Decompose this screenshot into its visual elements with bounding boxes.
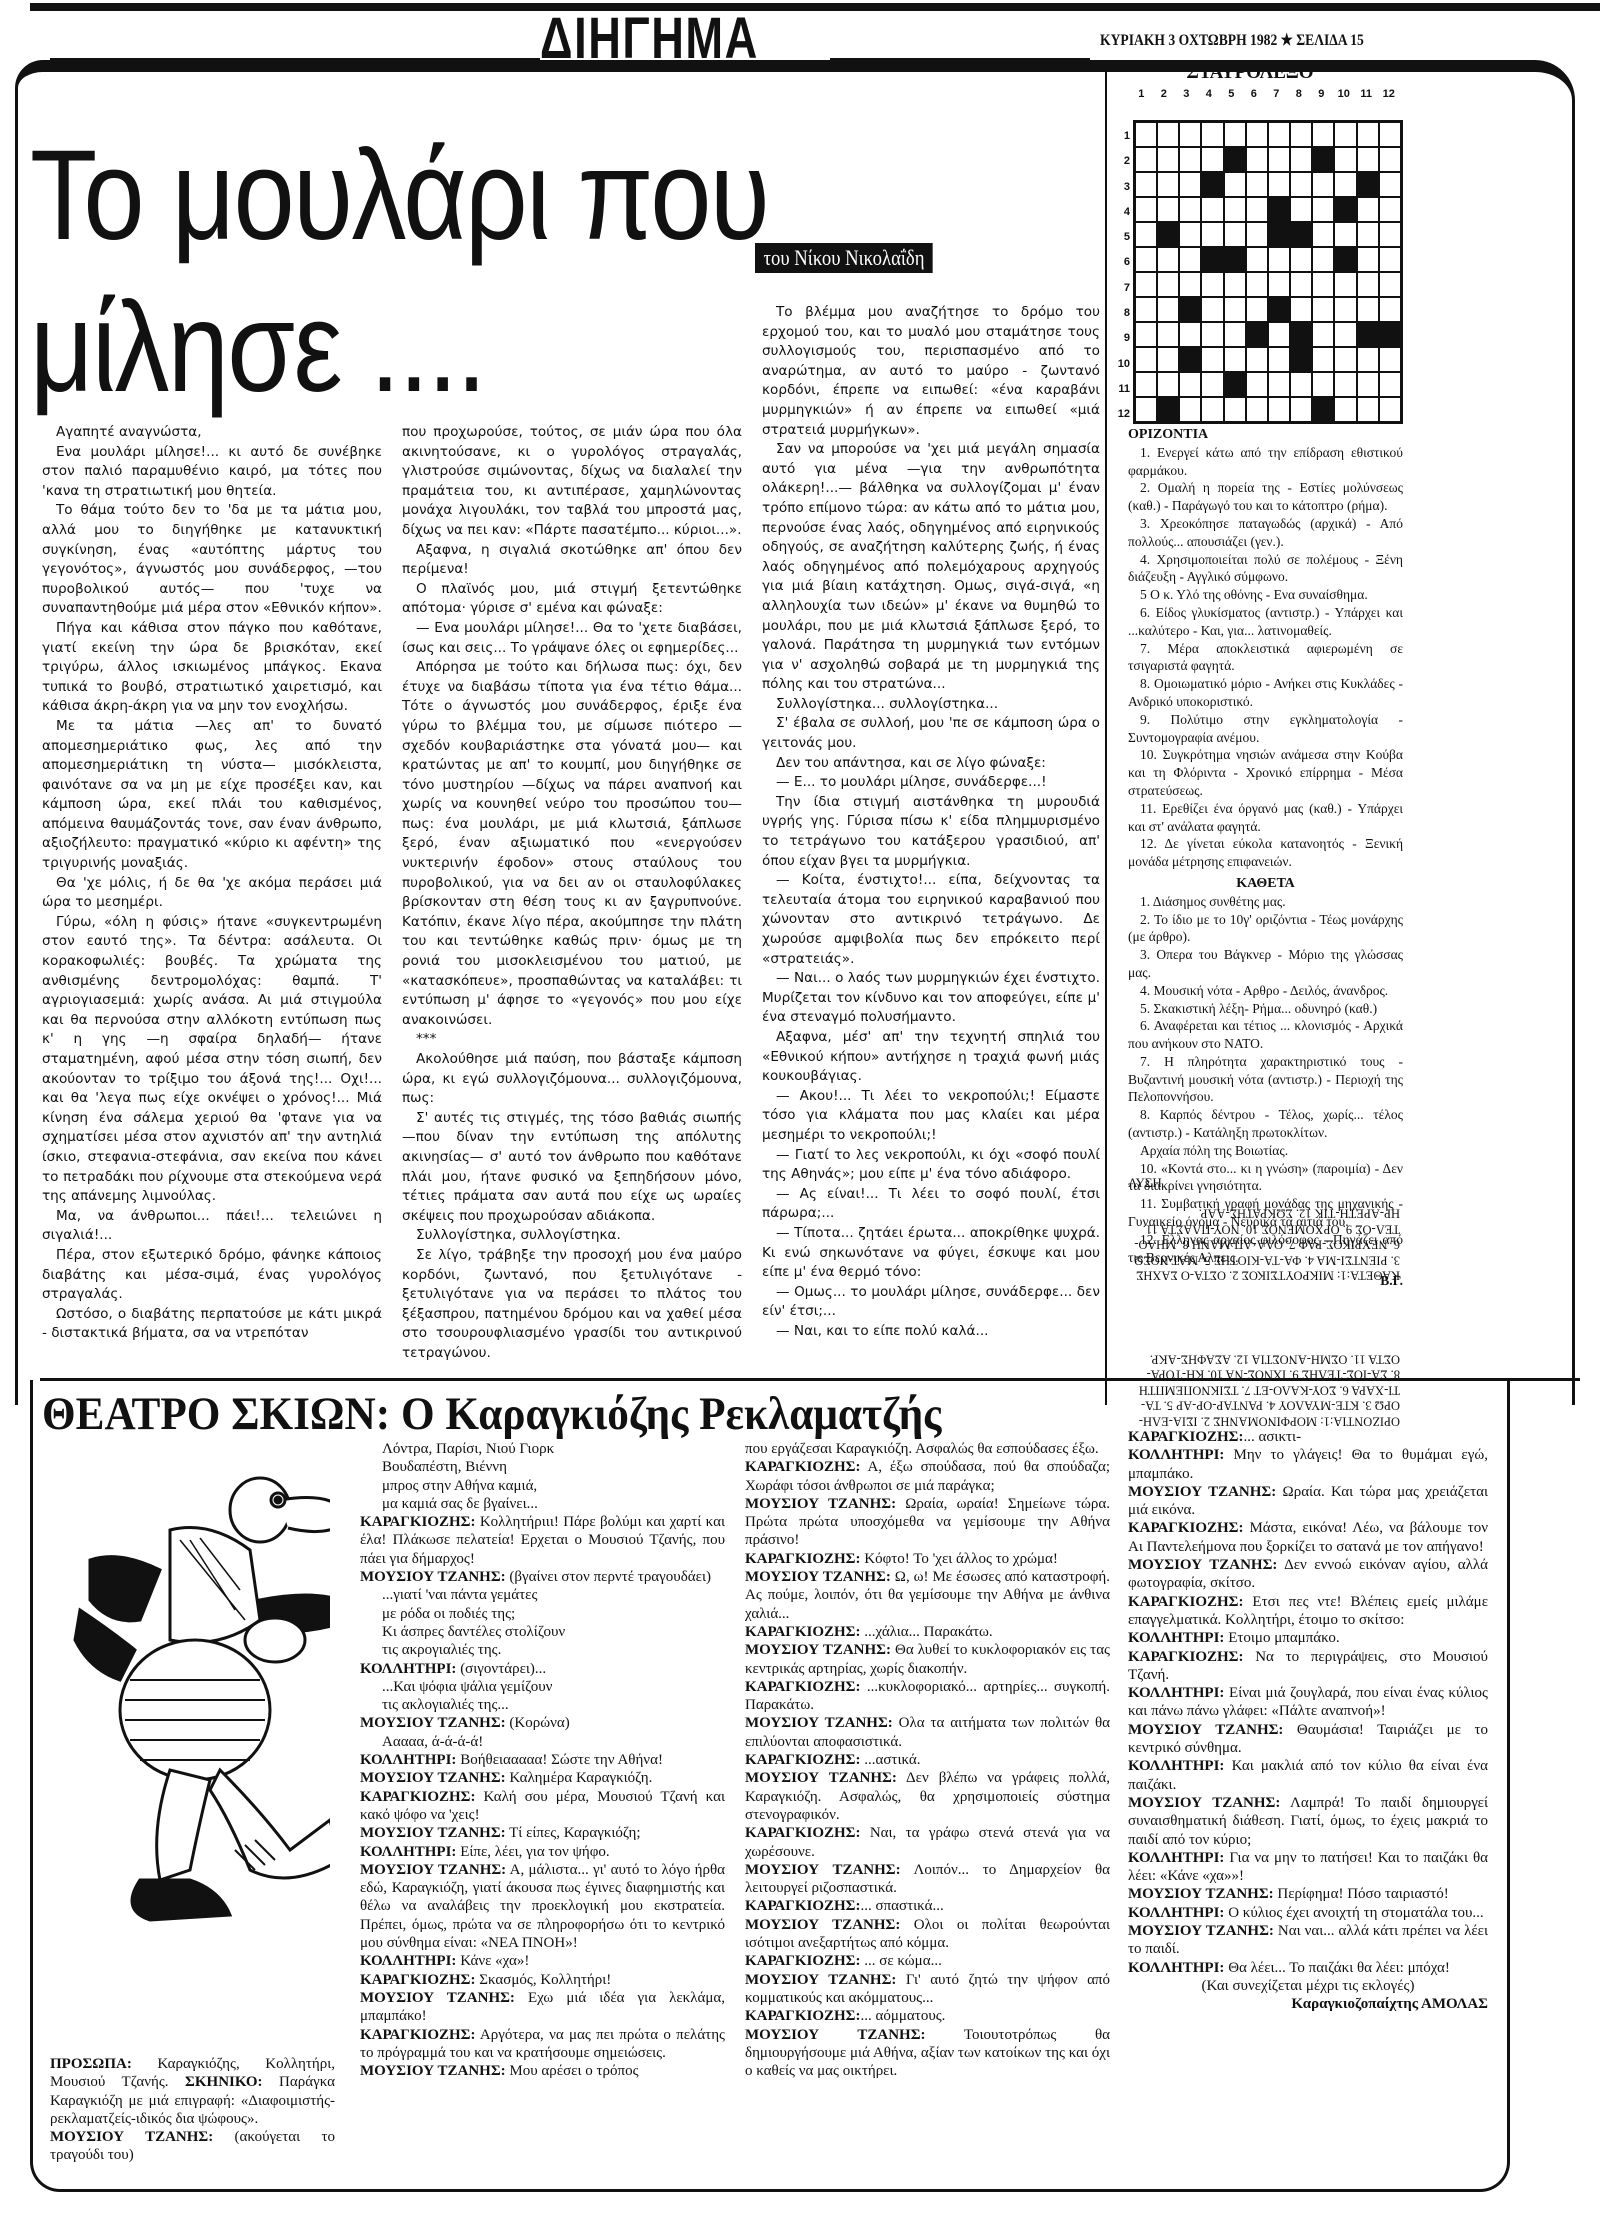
paragraph: — Ενα μουλάρι μίλησε!... Θα το 'χετε δια…: [402, 619, 742, 658]
speaker-name: ΚΑΡΑΓΚΙΟΖΗΣ:: [360, 1789, 475, 1805]
crossword-cell[interactable]: [1358, 398, 1378, 421]
paragraph: Με τα μάτια —λες απ' το δυνατό απομεσημε…: [42, 717, 382, 874]
crossword-cell[interactable]: [1247, 223, 1267, 246]
paragraph: — Ναι... ο λαός των μυρμηγκιών έχει ένστ…: [762, 969, 1100, 1028]
speaker-name: ΜΟΥΣΙΟΥ ΤΖΑΝΗΣ:: [745, 1569, 891, 1585]
crossword-cell[interactable]: [1380, 173, 1400, 196]
crossword-cell[interactable]: [1313, 323, 1333, 346]
crossword-cell[interactable]: [1158, 198, 1178, 221]
speaker-name: ΜΟΥΣΙΟΥ ΤΖΑΝΗΣ:: [745, 1642, 891, 1658]
crossword-cell[interactable]: [1335, 398, 1355, 421]
row-number: 9: [1110, 326, 1130, 351]
dialogue-line: ΜΟΥΣΙΟΥ ΤΖΑΝΗΣ: Θαυμάσια! Ταιριάζει με τ…: [1128, 1721, 1488, 1758]
speaker-name: ΜΟΥΣΙΟΥ ΤΖΑΝΗΣ:: [360, 1862, 506, 1878]
crossword-cell[interactable]: [1380, 298, 1400, 321]
intro-label: ΠΡΟΣΩΠΑ:: [50, 2056, 132, 2072]
speaker-name: ΚΟΛΛΗΤΗΡΙ:: [1128, 1630, 1224, 1646]
crossword-cell[interactable]: [1335, 323, 1355, 346]
crossword-black-cell: [1180, 298, 1200, 321]
dialogue-line: ΜΟΥΣΙΟΥ ΤΖΑΝΗΣ: Ολοι οι πολίται θεωρούντ…: [745, 1916, 1110, 1953]
dialogue-line: ΚΟΛΛΗΤΗΡΙ: Ο κύλιος έχει ανοιχτή τη στομ…: [1128, 1904, 1488, 1922]
theater-column-3: ΚΑΡΑΓΚΙΟΖΗΣ:... ασικτι-ΚΟΛΛΗΤΗΡΙ: Μην το…: [1128, 1428, 1488, 2014]
paragraph: Δεν του απάντησα, και σε λίγο φώναξε:: [762, 754, 1100, 774]
crossword-cell[interactable]: [1136, 348, 1156, 371]
paragraph: Απόρησα με τούτο και δήλωσα πως: όχι, δε…: [402, 658, 742, 1030]
crossword-cell[interactable]: [1291, 248, 1311, 271]
speaker-name: ΚΟΛΛΗΤΗΡΙ:: [360, 1661, 456, 1677]
dialogue-line: ΚΑΡΑΓΚΙΟΖΗΣ: ...αστικά.: [745, 1751, 1110, 1769]
crossword-cell[interactable]: [1269, 148, 1289, 171]
crossword-cell[interactable]: [1158, 248, 1178, 271]
theater-title: ΘΕΑΤΡΟ ΣΚΙΩΝ: Ο Καραγκιόζης Ρεκλαματζής: [42, 1388, 941, 1440]
speaker-name: ΜΟΥΣΙΟΥ ΤΖΑΝΗΣ:: [1128, 1923, 1274, 1939]
closing-note: (Και συνεχίζεται μέχρι τις εκλογές): [1128, 1977, 1488, 1995]
crossword-cell[interactable]: [1158, 373, 1178, 396]
speaker-name: ΚΑΡΑΓΚΙΟΖΗΣ:: [1128, 1429, 1243, 1445]
crossword-cell[interactable]: [1247, 348, 1267, 371]
crossword-cell[interactable]: [1358, 348, 1378, 371]
crossword-cell[interactable]: [1225, 173, 1245, 196]
crossword-cell[interactable]: [1313, 223, 1333, 246]
crossword-cell[interactable]: [1202, 223, 1222, 246]
dialogue-line: ΚΑΡΑΓΚΙΟΖΗΣ: Σκασμός, Κολλητήρι!: [360, 1971, 725, 1989]
speaker-name: ΜΟΥΣΙΟΥ ΤΖΑΝΗΣ:: [745, 1496, 896, 1512]
dialogue-line: ΚΟΛΛΗΤΗΡΙ: Μην το γλάγεις! Θα το θυμάμαι…: [1128, 1446, 1488, 1483]
crossword-cell[interactable]: [1291, 273, 1311, 296]
story-column-1: Αγαπητέ αναγνώστα,Ενα μουλάρι μίλησε!...…: [42, 423, 382, 1344]
speaker-name: ΚΑΡΑΓΚΙΟΖΗΣ:: [1128, 1594, 1243, 1610]
crossword-cell[interactable]: [1380, 348, 1400, 371]
crossword-cell[interactable]: [1247, 373, 1267, 396]
crossword-cell[interactable]: [1247, 148, 1267, 171]
dialogue-line: ΜΟΥΣΙΟΥ ΤΖΑΝΗΣ: Ωραία. Και τώρα μας χρει…: [1128, 1483, 1488, 1520]
crossword-cell[interactable]: [1136, 123, 1156, 146]
crossword-black-cell: [1313, 398, 1333, 421]
crossword-cell[interactable]: [1358, 223, 1378, 246]
crossword-cell[interactable]: [1225, 123, 1245, 146]
dialogue-line: ΜΟΥΣΙΟΥ ΤΖΑΝΗΣ: (Κορώνα): [360, 1714, 725, 1732]
dialogue-text: ...χάλια... Παρακάτω.: [860, 1624, 992, 1640]
crossword-cell[interactable]: [1158, 348, 1178, 371]
speaker-name: ΜΟΥΣΙΟΥ ΤΖΑΝΗΣ:: [360, 1770, 506, 1786]
speaker-name: ΜΟΥΣΙΟΥ ΤΖΑΝΗΣ:: [745, 1862, 901, 1878]
crossword-cell[interactable]: [1291, 373, 1311, 396]
speaker-name: ΚΟΛΛΗΤΗΡΙ:: [360, 1752, 456, 1768]
crossword-cell[interactable]: [1136, 148, 1156, 171]
crossword-cell[interactable]: [1180, 123, 1200, 146]
speaker-name: ΜΟΥΣΙΟΥ ΤΖΑΝΗΣ:: [745, 1917, 900, 1933]
crossword-cell[interactable]: [1225, 223, 1245, 246]
dialogue-line: ΚΟΛΛΗΤΗΡΙ: Θα λέει... Το παιζάκι θα λέει…: [1128, 1959, 1488, 1977]
verse-line: ...Και ψόφια ψάλια γεμίζουν: [360, 1678, 725, 1696]
dialogue-line: ΚΑΡΑΓΚΙΟΖΗΣ: Να το περιγράψεις, στο Μουσ…: [1128, 1648, 1488, 1685]
paragraph: 7. Μέρα αποκλειστικά αφιερωμένη σε τσιγα…: [1128, 640, 1403, 676]
paragraph: Γύρω, «όλη η φύσις» ήτανε «συγκεντρωμένη…: [42, 913, 382, 1207]
crossword-cell[interactable]: [1291, 398, 1311, 421]
crossword-clues: ΟΡΙΖΟΝΤΙΑ 1. Ενεργεί κάτω από την επίδρα…: [1128, 426, 1403, 1290]
crossword-black-cell: [1291, 223, 1311, 246]
crossword-cell[interactable]: [1136, 298, 1156, 321]
paragraph: 6. Αναφέρεται και τέτιος ... κλονισμός -…: [1128, 1017, 1403, 1053]
paragraph: Το θάμα τούτο δεν το 'δα με τα μάτια μου…: [42, 501, 382, 619]
dialogue-line: ΚΑΡΑΓΚΙΟΖΗΣ: ...κυκλοφοριακό... αρτηρίες…: [745, 1678, 1110, 1715]
crossword-cell[interactable]: [1180, 198, 1200, 221]
paragraph: Ενα μουλάρι μίλησε!... κι αυτό δε συνέβη…: [42, 443, 382, 502]
crossword-cell[interactable]: [1380, 398, 1400, 421]
dialogue-line: ΜΟΥΣΙΟΥ ΤΖΑΝΗΣ: Ω, ω! Με έσωσες από κατα…: [745, 1568, 1110, 1623]
paragraph: — Κοίτα, ένστιχτο!... είπα, δείχνοντας τ…: [762, 871, 1100, 969]
section-divider: [40, 1378, 1580, 1381]
crossword-black-cell: [1180, 348, 1200, 371]
speaker-name: ΜΟΥΣΙΟΥ ΤΖΑΝΗΣ:: [1128, 1795, 1280, 1811]
dialogue-text: Βοήθειααααα! Σώστε την Αθήνα!: [456, 1752, 663, 1768]
dialogue-text: Κόφτο! Το 'χει άλλος το χρώμα!: [860, 1551, 1057, 1567]
dialogue-line: ΚΟΛΛΗΤΗΡΙ: Κάνε «χα»!: [360, 1952, 725, 1970]
paragraph: — Τίποτα... ζητάει έρωτα... αποκρίθηκε ψ…: [762, 1224, 1100, 1283]
crossword-black-cell: [1269, 198, 1289, 221]
paragraph: 3. Χρεοκόπησε παταγωδώς (αρχικά) - Από π…: [1128, 515, 1403, 551]
verse-line: μπρος στην Αθήνα καμιά,: [360, 1477, 725, 1495]
crossword-cell[interactable]: [1180, 248, 1200, 271]
theater-column-1: Λόντρα, Παρίσι, Νιού ΓιορκΒουδαπέστη, Βι…: [360, 1440, 725, 2080]
crossword-black-cell: [1158, 223, 1178, 246]
down-heading: ΚΑΘΕΤΑ: [1128, 875, 1403, 893]
crossword-cell[interactable]: [1335, 148, 1355, 171]
crossword-grid[interactable]: [1133, 120, 1403, 424]
dialogue-line: ΚΑΡΑΓΚΙΟΖΗΣ: Ετσι πες ντε! Βλέπεις εμείς…: [1128, 1593, 1488, 1630]
crossword-cell[interactable]: [1269, 173, 1289, 196]
crossword-cell[interactable]: [1380, 248, 1400, 271]
crossword-black-cell: [1269, 223, 1289, 246]
dialogue-line: ΚΑΡΑΓΚΙΟΖΗΣ:... σπαστικά...: [745, 1897, 1110, 1915]
paragraph: — Γιατί το λες νεκροπούλι, κι όχι «σοφό …: [762, 1146, 1100, 1185]
crossword-cell[interactable]: [1158, 323, 1178, 346]
intro-part: ΜΟΥΣΙΟΥ ΤΖΑΝΗΣ: (ακούγεται το τραγούδι τ…: [50, 2128, 335, 2165]
column-number: 6: [1243, 88, 1266, 100]
dialogue-line: ΜΟΥΣΙΟΥ ΤΖΑΝΗΣ: Γι' αυτό ζητώ την ψήφον …: [745, 1971, 1110, 2008]
paragraph: Ο πλαϊνός μου, μιά στιγμή ξετεντώθηκε απ…: [402, 580, 742, 619]
speaker-name: ΚΑΡΑΓΚΙΟΖΗΣ:: [360, 1972, 475, 1988]
paragraph: — Ομως... το μουλάρι μίλησε, συνάδερφε..…: [762, 1283, 1100, 1322]
speaker-name: ΚΑΡΑΓΚΙΟΖΗΣ:: [745, 1551, 860, 1567]
paragraph: ***: [402, 1030, 742, 1050]
crossword-cell[interactable]: [1202, 323, 1222, 346]
dialogue-line: ΜΟΥΣΙΟΥ ΤΖΑΝΗΣ: Ολα τα αιτήματα των πολι…: [745, 1714, 1110, 1751]
speaker-name: ΚΟΛΛΗΤΗΡΙ:: [1128, 1758, 1224, 1774]
crossword-cell[interactable]: [1180, 173, 1200, 196]
dialogue-line: ΚΟΛΛΗΤΗΡΙ: Βοήθειααααα! Σώστε την Αθήνα!: [360, 1751, 725, 1769]
dialogue-line: ΚΑΡΑΓΚΙΟΖΗΣ: Μάστα, εικόνα! Λέω, να βάλο…: [1128, 1519, 1488, 1556]
crossword-cell[interactable]: [1202, 298, 1222, 321]
crossword-cell[interactable]: [1247, 248, 1267, 271]
dateline: ΚΥΡΙΑΚΗ 3 ΟΧΤΩΒΡΗ 1982 ★ ΣΕΛΙΔΑ 15: [1100, 30, 1364, 50]
crossword-cell[interactable]: [1202, 373, 1222, 396]
crossword-cell[interactable]: [1180, 273, 1200, 296]
dialogue-line: ΚΟΛΛΗΤΗΡΙ: Και μακλιά από τον κύλιο θα ε…: [1128, 1757, 1488, 1794]
paragraph: 1. Ενεργεί κάτω από την επίδραση εθιστικ…: [1128, 444, 1403, 480]
dialogue-line: ΚΑΡΑΓΚΙΟΖΗΣ: Κόφτο! Το 'χει άλλος το χρώ…: [745, 1550, 1110, 1568]
column-number: 8: [1288, 88, 1311, 100]
dialogue-text: που εργάζεσαι Καραγκιόζη. Ασφαλώς θα εσπ…: [745, 1441, 1099, 1457]
paragraph: — Ε... το μουλάρι μίλησε, συνάδερφε...!: [762, 773, 1100, 793]
dialogue-text: ... σπαστικά...: [860, 1898, 943, 1914]
dialogue-text: Περίφημα! Πόσο ταιριαστό!: [1274, 1886, 1449, 1902]
paragraph: Αγαπητέ αναγνώστα,: [42, 423, 382, 443]
paragraph: Πήγα και κάθισα στον πάγκο που καθότανε,…: [42, 619, 382, 717]
crossword-black-cell: [1358, 323, 1378, 346]
row-number: 7: [1110, 276, 1130, 301]
crossword-divider: [1105, 60, 1107, 1405]
row-number: 1: [1110, 124, 1130, 149]
dialogue-text: ...αστικά.: [860, 1752, 920, 1768]
crossword-cell[interactable]: [1136, 198, 1156, 221]
paragraph: — Ακου!... Τι λέει το νεκροπούλι;! Είμασ…: [762, 1087, 1100, 1146]
crossword-cell[interactable]: [1269, 273, 1289, 296]
paragraph: Μα, να άνθρωποι... πάει!... τελειώνει η …: [42, 1207, 382, 1246]
crossword-cell[interactable]: [1225, 348, 1245, 371]
dialogue-text: Μου αρέσει ο τρόπος: [506, 2063, 639, 2079]
speaker-name: ΜΟΥΣΙΟΥ ΤΖΑΝΗΣ:: [1128, 1484, 1276, 1500]
crossword-cell[interactable]: [1358, 273, 1378, 296]
paragraph: Σε λίγο, τράβηξε την προσοχή μου ένα μαύ…: [402, 1246, 742, 1364]
speaker-name: ΚΑΡΑΓΚΙΟΖΗΣ:: [745, 1459, 860, 1475]
crossword-cell[interactable]: [1335, 123, 1355, 146]
crossword-cell[interactable]: [1291, 198, 1311, 221]
crossword-cell[interactable]: [1269, 248, 1289, 271]
verse-line: Ααααα, ά-ά-ά-ά!: [360, 1733, 725, 1751]
crossword-cell[interactable]: [1380, 198, 1400, 221]
crossword-black-cell: [1225, 148, 1245, 171]
dialogue-line: ΚΑΡΑΓΚΙΟΖΗΣ: ...χάλια... Παρακάτω.: [745, 1623, 1110, 1641]
story-column-3: Το βλέμμα μου αναζήτησε το δρόμο του ερχ…: [762, 303, 1100, 1341]
paragraph: Πέρα, στον εξωτερικό δρόμο, φάνηκε κάποι…: [42, 1246, 382, 1305]
crossword-cell[interactable]: [1247, 198, 1267, 221]
crossword-cell[interactable]: [1247, 173, 1267, 196]
crossword-cell[interactable]: [1180, 148, 1200, 171]
paragraph: 1. Διάσημος συνθέτης μας.: [1128, 893, 1403, 911]
dialogue-text: Τί είπες, Καραγκιόζη;: [506, 1825, 641, 1841]
crossword-cell[interactable]: [1247, 398, 1267, 421]
speaker-name: ΚΟΛΛΗΤΗΡΙ:: [1128, 1685, 1224, 1701]
crossword-cell[interactable]: [1136, 173, 1156, 196]
crossword-cell[interactable]: [1158, 173, 1178, 196]
speaker-name: ΚΑΡΑΓΚΙΟΖΗΣ:: [745, 1624, 860, 1640]
verse-line: Λόντρα, Παρίσι, Νιού Γιορκ: [360, 1440, 725, 1458]
crossword-cell[interactable]: [1313, 348, 1333, 371]
dialogue-line: ΜΟΥΣΙΟΥ ΤΖΑΝΗΣ: Λαμπρά! Το παιδί δημιουρ…: [1128, 1794, 1488, 1849]
solution-down: ΚΑΘΕΤΑ:1: ΜΙΚΡΟΥΤΣΙΚΟΣ 2. ΟΣΤΑ-Ο ΣΑΧΗΣ 3…: [1128, 1206, 1400, 1284]
crossword-cell[interactable]: [1247, 298, 1267, 321]
column-number: 9: [1310, 88, 1333, 100]
crossword-cell[interactable]: [1358, 298, 1378, 321]
crossword-cell[interactable]: [1180, 323, 1200, 346]
paragraph: Θα 'χε μόλις, ή δε θα 'χε ακόμα περάσει …: [42, 874, 382, 913]
crossword-cell[interactable]: [1202, 148, 1222, 171]
speaker-name: ΜΟΥΣΙΟΥ ΤΖΑΝΗΣ:: [360, 1825, 506, 1841]
crossword-black-cell: [1291, 348, 1311, 371]
crossword-black-cell: [1202, 248, 1222, 271]
paragraph: Ακολούθησε μιά παύση, που βάσταξε κάμποσ…: [402, 1050, 742, 1109]
dialogue-text: Καλημέρα Καραγκιόζη.: [506, 1770, 653, 1786]
paragraph: 12. Δε γίνεται εύκολα κατανοητός - Ξενικ…: [1128, 835, 1403, 871]
column-number: 2: [1153, 88, 1176, 100]
crossword-cell[interactable]: [1269, 373, 1289, 396]
crossword-black-cell: [1269, 298, 1289, 321]
crossword-black-cell: [1202, 173, 1222, 196]
dialogue-line: ΚΟΛΛΗΤΗΡΙ: Είπε, λέει, για τον ψήφο.: [360, 1843, 725, 1861]
dialogue-text: Σκασμός, Κολλητήρι!: [475, 1972, 611, 1988]
crossword-cell[interactable]: [1380, 148, 1400, 171]
crossword-cell[interactable]: [1136, 323, 1156, 346]
speaker-name: ΚΟΛΛΗΤΗΡΙ:: [360, 1844, 456, 1860]
crossword-cell[interactable]: [1335, 348, 1355, 371]
speaker-name: ΜΟΥΣΙΟΥ ΤΖΑΝΗΣ:: [360, 1990, 515, 2006]
solution-label: ΛΥΣΗ: [1128, 1175, 1162, 1191]
crossword-cell[interactable]: [1269, 398, 1289, 421]
crossword-cell[interactable]: [1202, 123, 1222, 146]
crossword-cell[interactable]: [1136, 248, 1156, 271]
crossword-cell[interactable]: [1380, 223, 1400, 246]
crossword-title: ΣΤΑΥΡΟΛΕΞΟ: [1130, 62, 1370, 84]
intro-label: ΜΟΥΣΙΟΥ ΤΖΑΝΗΣ:: [50, 2129, 213, 2145]
crossword-cell[interactable]: [1358, 248, 1378, 271]
dialogue-line: ΜΟΥΣΙΟΥ ΤΖΑΝΗΣ: Τί είπες, Καραγκιόζη;: [360, 1824, 725, 1842]
speaker-name: ΜΟΥΣΙΟΥ ΤΖΑΝΗΣ:: [1128, 1886, 1274, 1902]
dialogue-line: ΚΑΡΑΓΚΙΟΖΗΣ: Καλή σου μέρα, Μουσιού Τζαν…: [360, 1788, 725, 1825]
crossword-cell[interactable]: [1202, 198, 1222, 221]
paragraph: 5. Σκακιστική λέξη- Ρήμα... οδυνηρό (καθ…: [1128, 1000, 1403, 1018]
column-number: 3: [1175, 88, 1198, 100]
paragraph: Την ίδια στιγμή αιστάνθηκα τη μυρουδιά υ…: [762, 793, 1100, 871]
crossword-cell[interactable]: [1335, 373, 1355, 396]
speaker-name: ΜΟΥΣΙΟΥ ΤΖΑΝΗΣ:: [745, 2027, 926, 2043]
column-number: 10: [1333, 88, 1356, 100]
crossword-cell[interactable]: [1313, 298, 1333, 321]
top-rule: [30, 3, 1600, 11]
crossword-cell[interactable]: [1180, 223, 1200, 246]
crossword-cell[interactable]: [1335, 223, 1355, 246]
crossword-cell[interactable]: [1136, 398, 1156, 421]
speaker-name: ΚΑΡΑΓΚΙΟΖΗΣ:: [745, 1953, 860, 1969]
crossword-cell[interactable]: [1358, 148, 1378, 171]
crossword-cell[interactable]: [1291, 123, 1311, 146]
column-number: 5: [1220, 88, 1243, 100]
crossword-cell[interactable]: [1313, 373, 1333, 396]
crossword-cell[interactable]: [1313, 248, 1333, 271]
crossword-cell[interactable]: [1291, 298, 1311, 321]
crossword-cell[interactable]: [1358, 198, 1378, 221]
crossword-cell[interactable]: [1291, 173, 1311, 196]
crossword-cell[interactable]: [1380, 373, 1400, 396]
theater-intro: ΠΡΟΣΩΠΑ: Καραγκιόζης, Κολλητήρι, Μουσιού…: [50, 2055, 335, 2165]
crossword-cell[interactable]: [1136, 373, 1156, 396]
crossword-cell[interactable]: [1380, 273, 1400, 296]
speaker-name: ΜΟΥΣΙΟΥ ΤΖΑΝΗΣ:: [360, 1715, 506, 1731]
paragraph: Σ' έβαλα σε συλλοή, μου 'πε σε κάμποση ώ…: [762, 714, 1100, 753]
crossword-cell[interactable]: [1225, 298, 1245, 321]
crossword-cell[interactable]: [1136, 273, 1156, 296]
dialogue-line: ΜΟΥΣΙΟΥ ΤΖΑΝΗΣ: Καλημέρα Καραγκιόζη.: [360, 1769, 725, 1787]
speaker-name: ΜΟΥΣΙΟΥ ΤΖΑΝΗΣ:: [360, 1569, 506, 1585]
paragraph: 9. Πολύτιμο στην εγκληματολογία - Συντομ…: [1128, 711, 1403, 747]
dialogue-text: ... σε κώμα...: [860, 1953, 941, 1969]
crossword-cell[interactable]: [1313, 173, 1333, 196]
crossword-cell[interactable]: [1335, 173, 1355, 196]
crossword-cell[interactable]: [1158, 123, 1178, 146]
paragraph: 3. Οπερα του Βάγκνερ - Μόριο της γλώσσας…: [1128, 946, 1403, 982]
speaker-name: ΚΑΡΑΓΚΙΟΖΗΣ:: [745, 2008, 860, 2024]
dialogue-line: ΜΟΥΣΙΟΥ ΤΖΑΝΗΣ: Ωραία, ωραία! Σημείωνε τ…: [745, 1495, 1110, 1550]
crossword-cell[interactable]: [1247, 273, 1267, 296]
crossword-cell[interactable]: [1202, 273, 1222, 296]
column-number: 11: [1355, 88, 1378, 100]
crossword-black-cell: [1313, 148, 1333, 171]
crossword-cell[interactable]: [1225, 273, 1245, 296]
crossword-cell[interactable]: [1291, 148, 1311, 171]
paragraph: 6. Είδος γλυκίσματος (αντιστρ.) - Υπάρχε…: [1128, 604, 1403, 640]
crossword-cell[interactable]: [1225, 323, 1245, 346]
crossword-cell[interactable]: [1225, 398, 1245, 421]
crossword-cell[interactable]: [1380, 123, 1400, 146]
speaker-name: ΚΟΛΛΗΤΗΡΙ:: [1128, 1447, 1224, 1463]
speaker-name: ΜΟΥΣΙΟΥ ΤΖΑΝΗΣ:: [745, 1770, 897, 1786]
paragraph: 5 Ο κ. Υλό της οθόνης - Ενα συναίσθημα.: [1128, 586, 1403, 604]
speaker-name: ΚΑΡΑΓΚΙΟΖΗΣ:: [360, 1514, 475, 1530]
dialogue-line: ΜΟΥΣΙΟΥ ΤΖΑΝΗΣ: Ναι ναι... αλλά κάτι πρέ…: [1128, 1922, 1488, 1959]
crossword-cell[interactable]: [1158, 273, 1178, 296]
crossword-cell[interactable]: [1269, 348, 1289, 371]
crossword-cell[interactable]: [1158, 148, 1178, 171]
dialogue-text: Ετοιμο μπαμπάκο.: [1224, 1630, 1339, 1646]
crossword-cell[interactable]: [1358, 373, 1378, 396]
crossword-cell[interactable]: [1335, 298, 1355, 321]
crossword-cell[interactable]: [1180, 373, 1200, 396]
crossword-cell[interactable]: [1269, 123, 1289, 146]
paragraph: Το βλέμμα μου αναζήτησε το δρόμο του ερχ…: [762, 303, 1100, 440]
paragraph: 2. Ομαλή η πορεία της - Εστίες μολύνσεως…: [1128, 479, 1403, 515]
speaker-name: ΚΑΡΑΓΚΙΟΖΗΣ:: [360, 2027, 475, 2043]
across-heading: ΟΡΙΖΟΝΤΙΑ: [1128, 426, 1403, 444]
dialogue-text: (Κορώνα): [506, 1715, 570, 1731]
crossword-row-numbers: 123456789101112: [1110, 124, 1130, 428]
crossword-cell[interactable]: [1202, 348, 1222, 371]
dialogue-text: Κάνε «χα»!: [456, 1953, 529, 1969]
crossword-cell[interactable]: [1313, 198, 1333, 221]
crossword-black-cell: [1291, 323, 1311, 346]
dialogue-text: Είπε, λέει, για τον ψήφο.: [456, 1844, 609, 1860]
row-number: 5: [1110, 225, 1130, 250]
crossword-cell[interactable]: [1202, 398, 1222, 421]
crossword-cell[interactable]: [1313, 123, 1333, 146]
crossword-cell[interactable]: [1247, 123, 1267, 146]
paragraph: Συλλογίστηκα... συλλογίστηκα...: [762, 695, 1100, 715]
across-clues: 1. Ενεργεί κάτω από την επίδραση εθιστικ…: [1128, 444, 1403, 871]
speaker-name: ΚΟΛΛΗΤΗΡΙ:: [1128, 1850, 1224, 1866]
crossword-cell[interactable]: [1269, 323, 1289, 346]
dialogue-text: ... αόμματους.: [860, 2008, 945, 2024]
row-number: 10: [1110, 352, 1130, 377]
paragraph: Σ' αυτές τις στιγμές, της τόσο βαθιάς σι…: [402, 1109, 742, 1227]
crossword-cell[interactable]: [1180, 398, 1200, 421]
dialogue-line: ΜΟΥΣΙΟΥ ΤΖΑΝΗΣ: Λοιπόν... το Δημαρχείον …: [745, 1861, 1110, 1898]
crossword-cell[interactable]: [1225, 198, 1245, 221]
speaker-name: ΜΟΥΣΙΟΥ ΤΖΑΝΗΣ:: [745, 1715, 893, 1731]
crossword-cell[interactable]: [1313, 273, 1333, 296]
crossword-cell[interactable]: [1136, 223, 1156, 246]
crossword-cell[interactable]: [1358, 123, 1378, 146]
crossword-cell[interactable]: [1158, 298, 1178, 321]
crossword-cell[interactable]: [1335, 273, 1355, 296]
